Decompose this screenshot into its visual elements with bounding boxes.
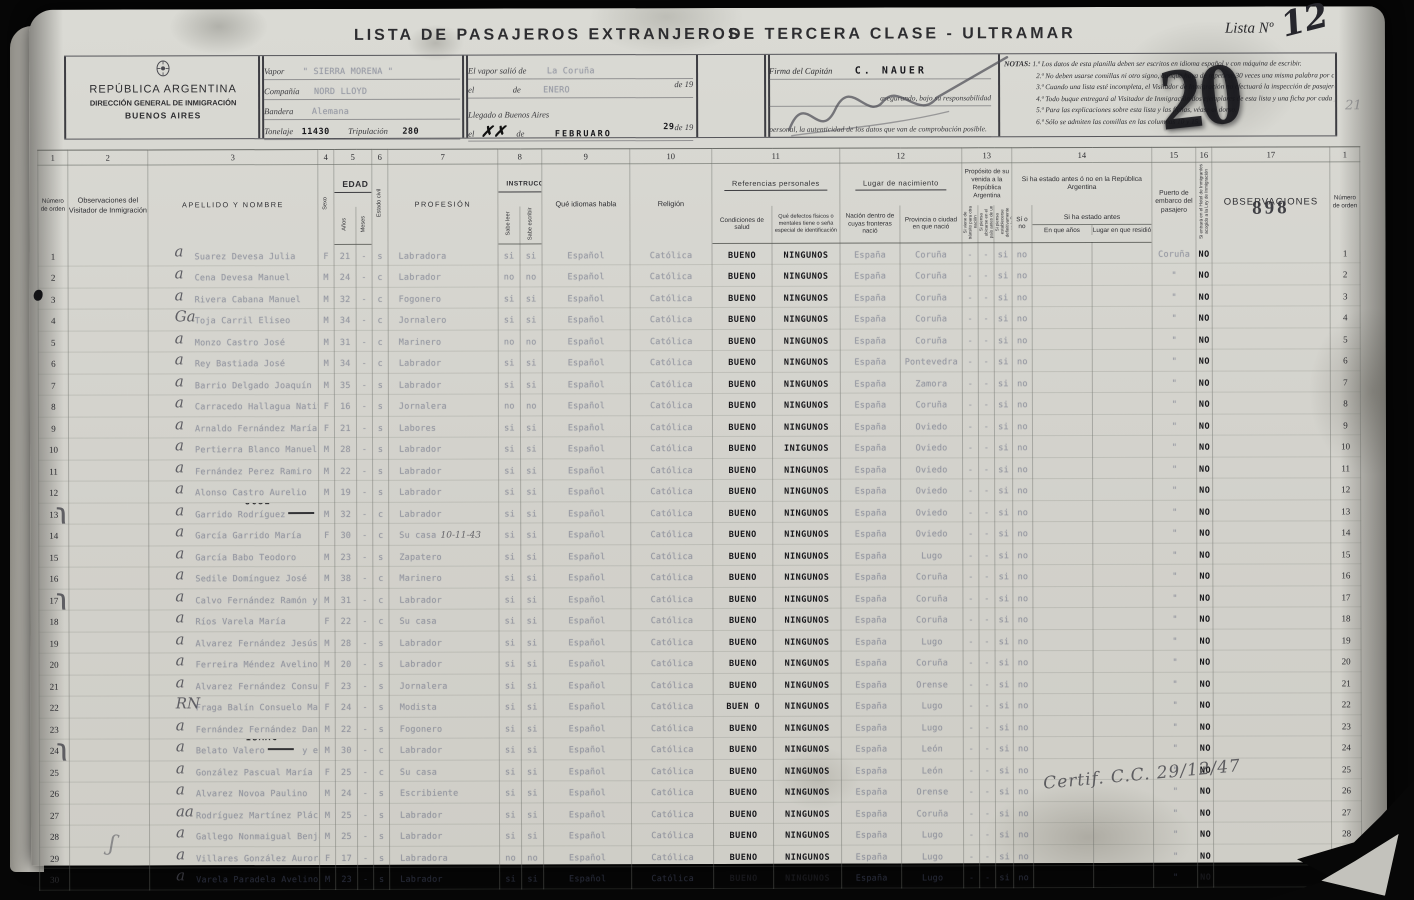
cell-visitador-obs — [69, 696, 149, 718]
subheader-ha-estado-antes: Si ha estado antes En que años Lugar en … — [1032, 205, 1152, 243]
cell-sal: BUENO — [713, 781, 773, 803]
cell-id: Español — [542, 351, 630, 373]
cell-visitador-obs — [69, 546, 149, 568]
cell-cv: c — [373, 502, 389, 524]
cell-cv: s — [373, 459, 389, 481]
cell-lug — [1093, 629, 1153, 651]
cell-le: si — [498, 308, 520, 330]
cell-me: - — [357, 567, 373, 589]
cell-id: Español — [544, 845, 632, 867]
cell-a: 20 — [335, 653, 357, 675]
cell-me: - — [357, 760, 373, 782]
cell-lug — [1094, 844, 1154, 866]
cell-nac: España — [840, 415, 900, 437]
cell-sx: M — [320, 825, 336, 847]
cell-def: NINGUNOS — [773, 759, 841, 781]
cell-o17 — [1212, 285, 1330, 307]
cell-hot: NO — [1196, 371, 1212, 393]
cell-ant: no — [1012, 393, 1032, 415]
cell-hot: NO — [1197, 586, 1213, 608]
cell-o17 — [1213, 736, 1331, 758]
cell-order-number-2: 4 — [1330, 306, 1360, 328]
cell-prov: Lugo — [902, 866, 964, 888]
cell-le: si — [499, 502, 521, 524]
document-page: LISTA DE PASAJEROS EXTRANJEROS DE TERCER… — [29, 6, 1387, 866]
cell-id: Español — [543, 630, 631, 652]
cell-t2: - — [979, 608, 995, 630]
cell-me: - — [356, 352, 372, 374]
cell-order-number-2: 2 — [1330, 263, 1360, 285]
cell-t2: - — [979, 801, 995, 823]
cell-name: aAlvarez Fernández Jesús — [149, 631, 319, 653]
cell-o17 — [1214, 822, 1332, 844]
cell-visitador-obs — [69, 675, 149, 697]
cell-sx: M — [319, 782, 335, 804]
cell-anios — [1033, 737, 1093, 759]
cell-sal: BUENO — [713, 630, 773, 652]
cell-lug — [1093, 651, 1153, 673]
cell-anios — [1033, 586, 1093, 608]
cell-lug — [1093, 543, 1153, 565]
cell-nac: España — [840, 329, 900, 351]
llegado-year: 29 — [663, 122, 674, 132]
cell-a: 38 — [335, 567, 357, 589]
cell-hot: NO — [1196, 285, 1212, 307]
cell-es: si — [521, 480, 543, 502]
cell-name: aMonzo Castro José — [148, 330, 318, 352]
cell-es: no — [520, 330, 542, 352]
cell-order-number-2: 24 — [1331, 736, 1361, 758]
cell-cv: s — [373, 696, 389, 718]
cell-hot: NO — [1197, 435, 1213, 457]
cell-pue: " — [1152, 285, 1196, 307]
cell-id: Español — [543, 544, 631, 566]
cell-order-number-2: 14 — [1331, 521, 1361, 543]
cell-sx: M — [318, 373, 334, 395]
cell-a: 22 — [335, 717, 357, 739]
cell-cv: s — [372, 244, 388, 266]
cell-t1: - — [963, 715, 979, 737]
cell-prov: Oviedo — [901, 522, 963, 544]
page-title-right: DE TERCERA CLASE - ULTRAMAR — [729, 25, 1076, 44]
cell-ant: no — [1013, 522, 1033, 544]
cell-name: aGarcía Garrido María — [149, 524, 319, 546]
cell-pue: " — [1154, 865, 1198, 887]
cell-id: Español — [543, 673, 631, 695]
cell-id: Español — [542, 308, 630, 330]
cell-lug — [1092, 414, 1152, 436]
cell-t3: si — [994, 264, 1012, 286]
cell-pue: " — [1153, 672, 1197, 694]
col-number: 3 — [148, 150, 318, 165]
stamp-898: 898 — [1212, 195, 1329, 221]
cell-id: Español — [543, 695, 631, 717]
cell-t2: - — [979, 780, 995, 802]
cell-visitador-obs — [68, 266, 148, 288]
cell-profession: Labrador — [389, 459, 499, 481]
cell-cv: c — [373, 739, 389, 761]
cell-t1: - — [963, 737, 979, 759]
cell-anios — [1033, 715, 1093, 737]
compania-value: NORD LLOYD — [314, 87, 367, 97]
cell-id: Español — [543, 781, 631, 803]
cell-ant: no — [1014, 844, 1034, 866]
cell-me: - — [356, 266, 372, 288]
cell-prov: Coruña — [901, 608, 963, 630]
cell-a: 30 — [335, 739, 357, 761]
cell-me: - — [356, 373, 372, 395]
cell-sx: M — [319, 739, 335, 761]
cell-order-number: 15 — [39, 546, 69, 568]
col-number: 1 — [1330, 147, 1360, 162]
cell-profession: Marinero — [389, 566, 499, 588]
cell-ant: no — [1013, 500, 1033, 522]
cell-def: NINGUNOS — [774, 866, 842, 888]
cell-visitador-obs — [69, 460, 149, 482]
cell-o17 — [1213, 629, 1331, 651]
cell-t3: si — [995, 522, 1013, 544]
cell-o17 — [1212, 328, 1330, 350]
cell-le: si — [499, 523, 521, 545]
header-edad: EDAD — [334, 164, 372, 207]
cell-prov: Coruña — [900, 286, 962, 308]
cell-visitador-obs — [68, 374, 148, 396]
cell-me: - — [357, 696, 373, 718]
cell-me: - — [358, 868, 374, 890]
subheader-nacion: Nación dentro de cuyas fronteras nació — [840, 205, 900, 242]
cell-rel: Católica — [632, 867, 714, 889]
cell-pue: " — [1153, 478, 1197, 500]
col-number: 9 — [542, 149, 630, 164]
cell-id: Español — [542, 372, 630, 394]
cell-nac: España — [841, 544, 901, 566]
cell-rel: Católica — [631, 566, 713, 588]
cell-name: aAlonso Castro Aurelio — [149, 481, 319, 503]
cell-prov: León — [901, 759, 963, 781]
cell-visitador-obs — [68, 352, 148, 374]
voyage-fields: El vapor salió de La Coruña el de ENERO … — [468, 60, 693, 142]
cell-cv: s — [372, 373, 388, 395]
cell-cv: s — [373, 717, 389, 739]
cell-me: - — [357, 803, 373, 825]
cell-o17 — [1213, 586, 1331, 608]
cell-es: si — [520, 244, 542, 266]
cell-order-number: 30 — [40, 868, 70, 890]
cell-t2: - — [979, 522, 995, 544]
cell-es: si — [521, 631, 543, 653]
cell-profession: Marinero — [388, 330, 498, 352]
cell-le: no — [498, 330, 520, 352]
llegado-label: Llegado a Buenos Aires — [468, 109, 549, 119]
cell-le: si — [499, 588, 521, 610]
cell-es: si — [521, 459, 543, 481]
cell-profession: Modista — [389, 695, 499, 717]
cell-es: si — [521, 502, 543, 524]
cell-t2: - — [979, 586, 995, 608]
cell-cv: c — [372, 352, 388, 374]
cell-def: NINGUNOS — [772, 329, 840, 351]
cell-t1: - — [963, 780, 979, 802]
captain-box: Firma del Capitán C. NAUER asegurando, b… — [769, 60, 991, 138]
cell-sx: M — [319, 653, 335, 675]
cell-profession: Fogonero — [388, 287, 498, 309]
cell-anios — [1034, 866, 1094, 888]
cell-def: NINGUNOS — [773, 501, 841, 523]
cell-rel: Católica — [631, 458, 713, 480]
cell-order-number: 3 — [38, 288, 68, 310]
cell-es: si — [521, 545, 543, 567]
cell-pue: " — [1152, 392, 1196, 414]
cell-name: aFernández Perez Ramiro — [149, 459, 319, 481]
cell-def: INIGUNOS — [773, 436, 841, 458]
cell-o17 — [1212, 263, 1330, 285]
cell-sal: BUENO — [714, 824, 774, 846]
cell-cv: s — [373, 438, 389, 460]
cell-rel: Católica — [631, 716, 713, 738]
cell-lug — [1093, 715, 1153, 737]
header-idiomas: Qué idiomas habla — [542, 164, 630, 244]
cell-t2: - — [978, 264, 994, 286]
cell-hot: NO — [1197, 414, 1213, 436]
divider — [696, 55, 698, 137]
cell-t3: si — [995, 586, 1013, 608]
cell-a: 25 — [335, 803, 357, 825]
cell-t3: si — [995, 457, 1013, 479]
cell-me: - — [357, 782, 373, 804]
cell-es: si — [521, 695, 543, 717]
cell-lug — [1093, 672, 1153, 694]
cell-order-number: 23 — [39, 718, 69, 740]
cell-profession: Su casa10-11-43 — [389, 523, 499, 545]
cell-t3: si — [995, 694, 1013, 716]
cell-le: si — [498, 287, 520, 309]
cell-t1: - — [963, 522, 979, 544]
cell-order-number: 10 — [39, 438, 69, 460]
cell-sal: BUENO — [713, 458, 773, 480]
cell-sx: M — [319, 459, 335, 481]
cell-order-number-2: 3 — [1330, 284, 1360, 306]
cell-nac: España — [841, 436, 901, 458]
cell-anios — [1033, 801, 1093, 823]
cell-a: 24 — [334, 266, 356, 288]
cell-order-number: 12 — [39, 481, 69, 503]
cell-o17 — [1213, 650, 1331, 672]
cell-anios — [1032, 393, 1092, 415]
cell-t3: si — [995, 543, 1013, 565]
captain-line3: personal, la autenticidad de los datos q… — [769, 124, 987, 134]
cell-t3: si — [994, 371, 1012, 393]
cell-t1: - — [963, 758, 979, 780]
cell-o17 — [1212, 392, 1330, 414]
cell-t2: - — [979, 479, 995, 501]
cell-sal: BUENO — [713, 738, 773, 760]
cell-hot: NO — [1198, 844, 1214, 866]
cell-order-number: 29 — [40, 847, 70, 869]
cell-rel: Católica — [631, 609, 713, 631]
cell-rel: Católica — [631, 802, 713, 824]
cell-hot: NO — [1197, 715, 1213, 737]
cell-def: NINGUNOS — [773, 587, 841, 609]
cell-hot: NO — [1196, 242, 1212, 264]
cell-prov: Oviedo — [901, 458, 963, 480]
col-number: 6 — [372, 149, 388, 164]
cell-name: aGonzález Pascual María — [149, 760, 319, 782]
cell-id: Español — [543, 802, 631, 824]
tonelaje-value: 11430 — [302, 127, 330, 137]
cell-visitador-obs — [68, 288, 148, 310]
cell-id: Español — [543, 609, 631, 631]
cell-me: - — [356, 330, 372, 352]
cell-a: 22 — [335, 459, 357, 481]
cell-prov: Coruña — [900, 243, 962, 265]
cell-nac: España — [840, 286, 900, 308]
cell-name: aGarcía Babo Teodoro — [149, 545, 319, 567]
cell-nac: España — [842, 845, 902, 867]
cell-sal: BUENO — [712, 415, 772, 437]
bandera-value: Alemana — [312, 107, 349, 117]
cell-order-number-2: 11 — [1331, 456, 1361, 478]
vapor-label: Vapor — [264, 66, 284, 76]
cell-hot: NO — [1197, 607, 1213, 629]
cell-t1: - — [962, 350, 978, 372]
cell-a: 22 — [335, 610, 357, 632]
cell-def: NINGUNOS — [772, 372, 840, 394]
cell-cv: c — [373, 610, 389, 632]
cell-prov: Coruña — [900, 393, 962, 415]
cell-lug — [1093, 608, 1153, 630]
cell-t2: - — [979, 758, 995, 780]
cell-cv: s — [373, 631, 389, 653]
agency-name: REPÚBLICA ARGENTINA — [70, 83, 256, 95]
subheader-defectos: Qué defectos físicos o mentales tiene o … — [772, 206, 840, 243]
cell-nac: España — [842, 823, 902, 845]
cell-me: - — [356, 395, 372, 417]
cell-rel: Católica — [630, 372, 712, 394]
cell-nac: España — [840, 393, 900, 415]
cell-es: si — [521, 738, 543, 760]
cell-order-number: 7 — [38, 374, 68, 396]
cell-prov: Lugo — [901, 716, 963, 738]
cell-prov: Oviedo — [901, 436, 963, 458]
cell-es: si — [521, 523, 543, 545]
cell-hot: NO — [1196, 328, 1212, 350]
subheader-sabe-leer: Sabe leer — [498, 206, 520, 243]
cell-nac: España — [841, 458, 901, 480]
cell-t3: si — [995, 436, 1013, 458]
cell-o17 — [1214, 865, 1332, 887]
tonelaje-label: Tonelaje — [264, 126, 293, 136]
cell-t1: - — [963, 629, 979, 651]
cell-t1: - — [962, 371, 978, 393]
cell-le: si — [499, 781, 521, 803]
cell-name: aArnaldo Fernández María — [148, 416, 318, 438]
de-label: de — [513, 84, 521, 94]
cell-pue: " — [1152, 371, 1196, 393]
subheader-meses: Meses — [356, 207, 372, 244]
cell-pue: " — [1153, 500, 1197, 522]
cell-t2: - — [979, 436, 995, 458]
cell-me: - — [358, 846, 374, 868]
cell-profession: Labrador — [389, 631, 499, 653]
cell-order-number: 18 — [39, 610, 69, 632]
cell-profession: Labrador — [389, 480, 499, 502]
cell-o17 — [1212, 371, 1330, 393]
col-number: 10 — [630, 148, 712, 163]
cell-t3: si — [996, 844, 1014, 866]
cell-lug — [1093, 436, 1153, 458]
cell-sal: BUENO — [712, 265, 772, 287]
cell-me: - — [357, 524, 373, 546]
cell-me: - — [357, 481, 373, 503]
subheader-lugar-residio: Lugar en que residió — [1092, 225, 1151, 235]
cell-def: NINGUNOS — [773, 544, 841, 566]
cell-es: no — [520, 265, 542, 287]
cell-visitador-obs — [68, 331, 148, 353]
cell-t2: - — [979, 715, 995, 737]
cell-t1: - — [963, 565, 979, 587]
cell-profession: Labradora — [388, 244, 498, 266]
cell-visitador-obs — [69, 524, 149, 546]
col-number: 1 — [38, 150, 68, 165]
cell-name: aCena Devesa Manuel — [148, 266, 318, 288]
cell-prov: Orense — [901, 673, 963, 695]
cell-nac: España — [840, 264, 900, 286]
cell-le: si — [500, 824, 522, 846]
cell-prov: Lugo — [902, 845, 964, 867]
cell-order-number: 1 — [38, 245, 68, 267]
cell-t3: si — [996, 823, 1014, 845]
cell-profession: Labrador — [389, 738, 499, 760]
cell-t1: - — [963, 500, 979, 522]
cell-t3: si — [995, 608, 1013, 630]
cell-def: NINGUNOS — [774, 845, 842, 867]
cell-le: si — [498, 351, 520, 373]
cell-le: si — [499, 609, 521, 631]
cell-me: - — [356, 416, 372, 438]
cell-t2: - — [979, 457, 995, 479]
header-apellido-nombre: APELLIDO Y NOMBRE — [148, 165, 318, 245]
cell-order-number: 5 — [38, 331, 68, 353]
cell-t1: - — [963, 543, 979, 565]
cell-pue: " — [1154, 822, 1198, 844]
header-estado-antes: Si ha estado antes ó no en la República … — [1012, 162, 1152, 205]
cell-lug — [1093, 479, 1153, 501]
cell-t2: - — [978, 350, 994, 372]
cell-o17 — [1213, 779, 1331, 801]
cell-a: 24 — [335, 696, 357, 718]
cell-visitador-obs — [69, 589, 149, 611]
cell-es: si — [521, 717, 543, 739]
cell-prov: Pontevedra — [900, 350, 962, 372]
cell-ant: no — [1013, 457, 1033, 479]
cell-sx: F — [318, 395, 334, 417]
cell-order-number: 19 — [39, 632, 69, 654]
cell-le: si — [499, 631, 521, 653]
cell-ant: no — [1012, 285, 1032, 307]
cell-lug — [1093, 457, 1153, 479]
divider — [998, 54, 1000, 136]
cell-profession: Fogonero — [389, 717, 499, 739]
cell-id: Español — [542, 394, 630, 416]
cell-lug — [1093, 694, 1153, 716]
cell-ant: no — [1013, 565, 1033, 587]
cell-name: GaToja Carril Eliseo — [148, 309, 318, 331]
cell-order-number: 24} — [39, 739, 69, 761]
cell-le: si — [499, 545, 521, 567]
cell-t2: - — [980, 866, 996, 888]
cell-sal: BUENO — [712, 308, 772, 330]
col-number: 14 — [1012, 147, 1152, 162]
